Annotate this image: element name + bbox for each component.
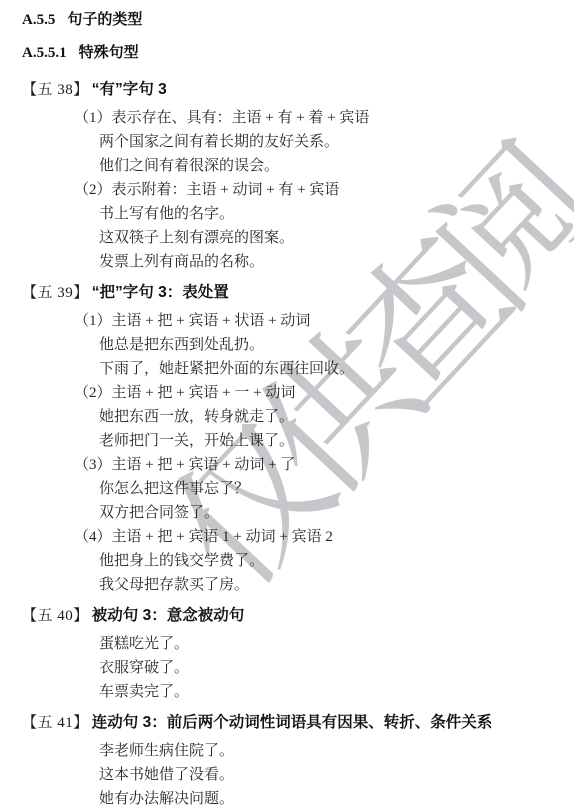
example-sentence: 他总是把东西到处乱扔。 — [22, 333, 566, 357]
entry-38: 【五 38】“有”字句 3 （1）表示存在、具有：主语 + 有 + 着 + 宾语… — [22, 79, 566, 274]
pattern-line: （2）表示附着：主语 + 动词 + 有 + 宾语 — [22, 178, 566, 202]
item-number: （2） — [74, 178, 112, 202]
example-sentence: 车票卖完了。 — [22, 680, 566, 704]
example-sentence: 李老师生病住院了。 — [22, 739, 566, 763]
example-sentence: 我父母把存款买了房。 — [22, 573, 566, 597]
pattern-line: （2）主语 + 把 + 宾语 + 一 + 动词 — [22, 381, 566, 405]
example-sentence: 双方把合同签了。 — [22, 501, 566, 525]
entry-heading: 【五 38】“有”字句 3 — [22, 79, 566, 101]
section-number: A.5.5 — [22, 12, 55, 28]
subsection-heading: A.5.5.1特殊句型 — [22, 44, 566, 62]
pattern-text: 主语 + 把 + 宾语 1 + 动词 + 宾语 2 — [112, 525, 333, 549]
example-sentence: 书上写有他的名字。 — [22, 202, 566, 226]
item-number: （3） — [74, 453, 112, 477]
example-sentence: 你怎么把这件事忘了？ — [22, 477, 566, 501]
entry-heading: 【五 40】被动句 3：意念被动句 — [22, 605, 566, 627]
entry-title: “把”字句 3：表处置 — [92, 284, 229, 301]
pattern-line: （4）主语 + 把 + 宾语 1 + 动词 + 宾语 2 — [22, 525, 566, 549]
pattern-line: （3）主语 + 把 + 宾语 + 动词 + 了 — [22, 453, 566, 477]
example-sentence: 这本书她借了没看。 — [22, 763, 566, 787]
example-sentence: 下雨了，她赶紧把外面的东西往回收。 — [22, 357, 566, 381]
pattern-text: 主语 + 把 + 宾语 + 状语 + 动词 — [112, 309, 311, 333]
entry-title: “有”字句 3 — [92, 81, 167, 98]
subsection-title: 特殊句型 — [79, 44, 139, 61]
entry-heading: 【五 39】“把”字句 3：表处置 — [22, 282, 566, 304]
entry-39: 【五 39】“把”字句 3：表处置 （1）主语 + 把 + 宾语 + 状语 + … — [22, 282, 566, 597]
example-sentence: 他们之间有着很深的误会。 — [22, 154, 566, 178]
pattern-line: （1）表示存在、具有：主语 + 有 + 着 + 宾语 — [22, 106, 566, 130]
item-number: （1） — [74, 309, 112, 333]
pattern-text: 表示存在、具有：主语 + 有 + 着 + 宾语 — [112, 106, 370, 130]
example-sentence: 两个国家之间有着长期的友好关系。 — [22, 130, 566, 154]
entry-body: （1）表示存在、具有：主语 + 有 + 着 + 宾语 两个国家之间有着长期的友好… — [22, 106, 566, 274]
entry-body: 蛋糕吃光了。 衣服穿破了。 车票卖完了。 — [22, 632, 566, 704]
subsection-number: A.5.5.1 — [22, 45, 67, 61]
entry-body: （1）主语 + 把 + 宾语 + 状语 + 动词 他总是把东西到处乱扔。 下雨了… — [22, 309, 566, 597]
example-sentence: 这双筷子上刻有漂亮的图案。 — [22, 226, 566, 250]
example-sentence: 他把身上的钱交学费了。 — [22, 549, 566, 573]
entry-heading: 【五 41】连动句 3：前后两个动词性词语具有因果、转折、条件关系 — [22, 712, 566, 734]
section-heading: A.5.5句子的类型 — [22, 11, 566, 29]
entry-title: 被动句 3：意念被动句 — [92, 607, 244, 624]
entry-41: 【五 41】连动句 3：前后两个动词性词语具有因果、转折、条件关系 李老师生病住… — [22, 712, 566, 808]
item-number: （2） — [74, 381, 112, 405]
example-sentence: 蛋糕吃光了。 — [22, 632, 566, 656]
entry-label: 【五 41】 — [22, 715, 89, 731]
entry-label: 【五 40】 — [22, 608, 89, 624]
example-sentence: 她把东西一放，转身就走了。 — [22, 405, 566, 429]
document-page: 仅供查阅 A.5.5句子的类型 A.5.5.1特殊句型 【五 38】“有”字句 … — [0, 0, 574, 808]
entry-title: 连动句 3：前后两个动词性词语具有因果、转折、条件关系 — [92, 714, 492, 731]
entry-label: 【五 38】 — [22, 82, 89, 98]
entry-40: 【五 40】被动句 3：意念被动句 蛋糕吃光了。 衣服穿破了。 车票卖完了。 — [22, 605, 566, 704]
page-content: A.5.5句子的类型 A.5.5.1特殊句型 【五 38】“有”字句 3 （1）… — [0, 0, 574, 808]
item-number: （1） — [74, 106, 112, 130]
item-number: （4） — [74, 525, 112, 549]
pattern-text: 主语 + 把 + 宾语 + 一 + 动词 — [112, 381, 296, 405]
example-sentence: 老师把门一关，开始上课了。 — [22, 429, 566, 453]
example-sentence: 发票上列有商品的名称。 — [22, 250, 566, 274]
section-title: 句子的类型 — [67, 11, 142, 28]
entry-label: 【五 39】 — [22, 285, 89, 301]
entry-body: 李老师生病住院了。 这本书她借了没看。 她有办法解决问题。 — [22, 739, 566, 808]
pattern-text: 主语 + 把 + 宾语 + 动词 + 了 — [112, 453, 296, 477]
pattern-text: 表示附着：主语 + 动词 + 有 + 宾语 — [112, 178, 340, 202]
example-sentence: 她有办法解决问题。 — [22, 787, 566, 808]
pattern-line: （1）主语 + 把 + 宾语 + 状语 + 动词 — [22, 309, 566, 333]
example-sentence: 衣服穿破了。 — [22, 656, 566, 680]
